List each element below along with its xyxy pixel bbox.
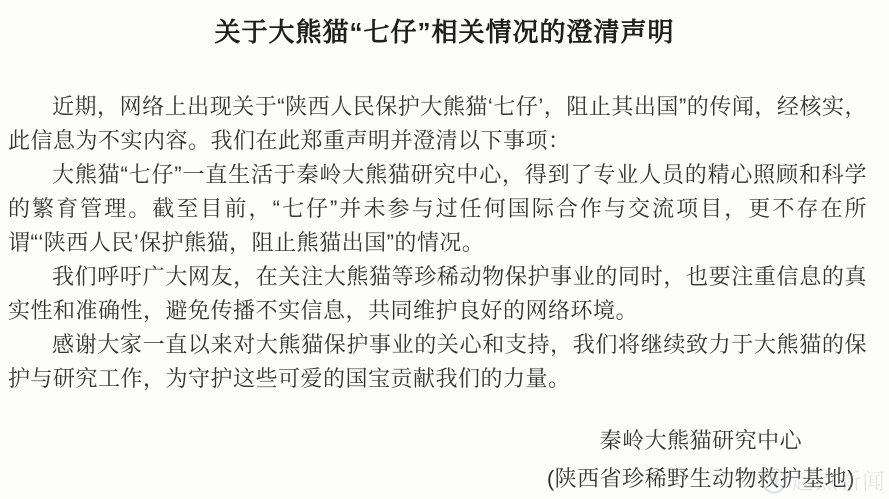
- signature-org: 秦岭大熊猫研究中心: [547, 422, 855, 460]
- signature-block: 秦岭大熊猫研究中心 (陕西省珍稀野生动物救护基地): [547, 422, 855, 498]
- statement-document: 关于大熊猫“七仔”相关情况的澄清声明 近期，网络上出现关于“陕西人民保护大熊猫‘…: [0, 0, 889, 499]
- document-title: 关于大熊猫“七仔”相关情况的澄清声明: [0, 0, 889, 50]
- paragraph-intro: 近期，网络上出现关于“陕西人民保护大熊猫‘七仔’，阻止其出国”的传闻，经核实，此…: [8, 90, 867, 158]
- paragraph-clarification: 大熊猫“七仔”一直生活于秦岭大熊猫研究中心，得到了专业人员的精心照顾和科学的繁育…: [8, 158, 867, 260]
- paragraph-appeal: 我们呼吁广大网友，在关注大熊猫等珍稀动物保护事业的同时，也要注重信息的真实性和准…: [8, 260, 867, 328]
- document-body: 近期，网络上出现关于“陕西人民保护大熊猫‘七仔’，阻止其出国”的传闻，经核实，此…: [0, 90, 889, 396]
- signature-org-subtitle: (陕西省珍稀野生动物救护基地): [547, 460, 855, 498]
- paragraph-thanks: 感谢大家一直以来对大熊猫保护事业的关心和支持，我们将继续致力于大熊猫的保护与研究…: [8, 328, 867, 396]
